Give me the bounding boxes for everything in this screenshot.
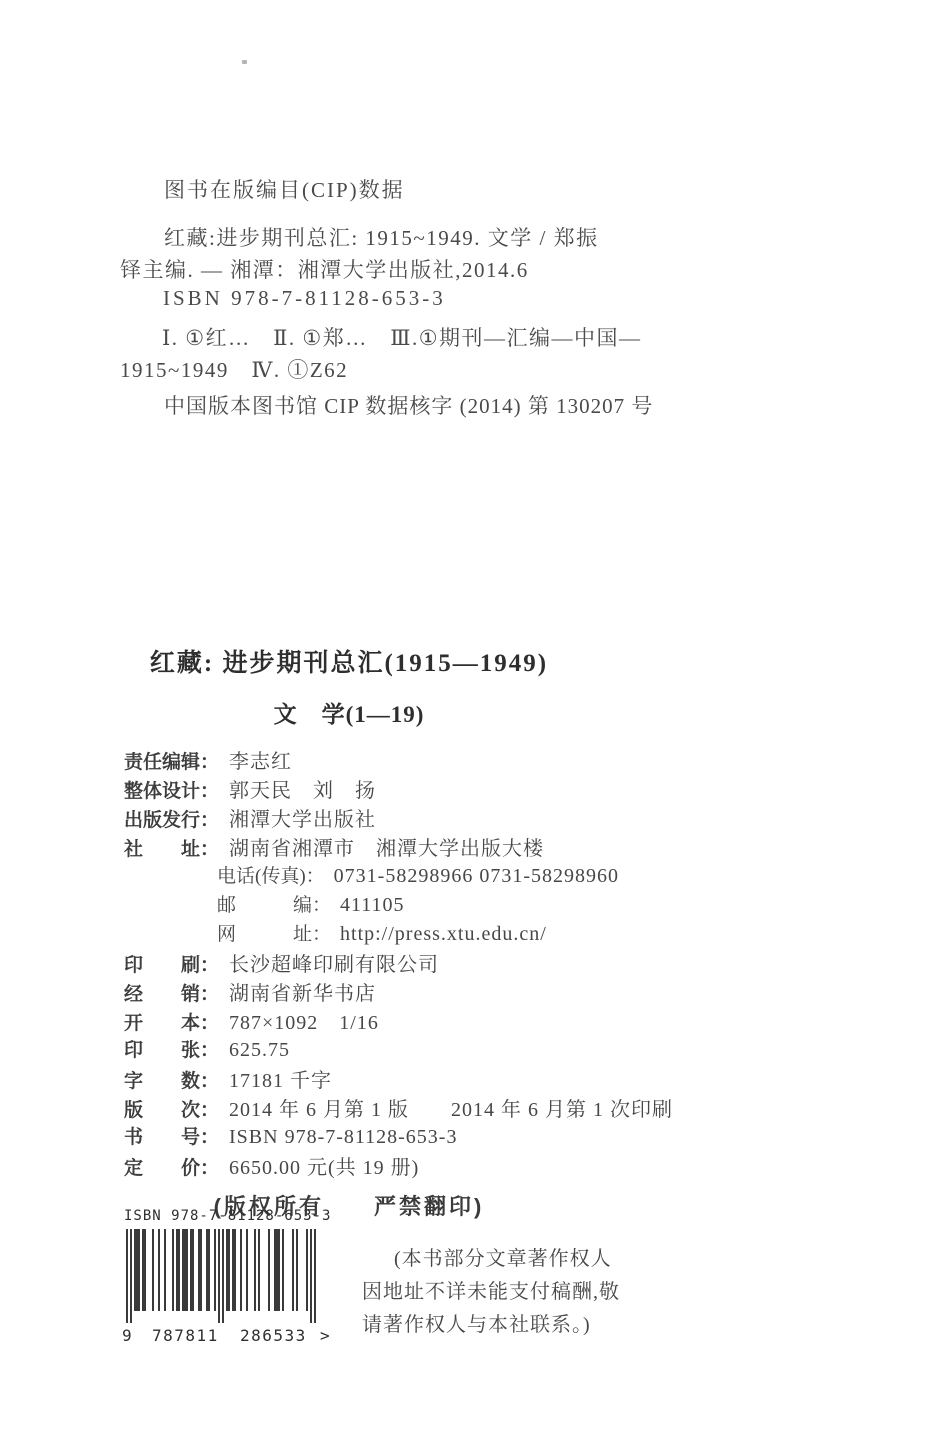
row-value: 郭天民 刘 扬	[229, 774, 376, 803]
row-label: 社 址：	[124, 834, 220, 861]
row-publisher: 出版发行： 湘潭大学出版社	[124, 803, 673, 832]
isbn-barcode: ISBN 978-7-81128-653-3 9 787811 286533 >	[122, 1208, 352, 1353]
cip-isbn-line: ISBN 978-7-81128-653-3	[163, 286, 446, 311]
row-editor: 责任编辑： 李志红	[124, 745, 673, 774]
rights-note-line: (本书部分文章著作权人	[362, 1243, 648, 1276]
row-address: 社 址： 湖南省湘潭市 湘潭大学出版大楼	[124, 832, 673, 861]
row-label: 印 刷：	[124, 950, 220, 977]
barcode-digit-group2: 286533	[240, 1326, 307, 1345]
colophon-page: 图书在版编目(CIP)数据 红藏:进步期刊总汇: 1915~1949. 文学 /…	[0, 0, 948, 1439]
row-value: 湖南省湘潭市 湘潭大学出版大楼	[229, 832, 544, 861]
cip-heading: 图书在版编目(CIP)数据	[164, 174, 405, 204]
row-label: 电话(传真)：	[217, 861, 325, 888]
row-label: 定 价：	[124, 1153, 220, 1180]
row-value: 长沙超峰印刷有限公司	[229, 948, 439, 977]
cip-entry-line1: 红藏:进步期刊总汇: 1915~1949. 文学 / 郑振	[164, 222, 599, 252]
row-value: 17181 千字	[229, 1064, 332, 1093]
row-isbn: 书 号： ISBN 978-7-81128-653-3	[124, 1122, 673, 1151]
cip-record-number: 中国版本图书馆 CIP 数据核字 (2014) 第 130207 号	[164, 390, 653, 420]
row-value: 6650.00 元(共 19 册)	[229, 1151, 419, 1180]
row-label: 经 销：	[124, 979, 220, 1006]
row-distributor: 经 销： 湖南省新华书店	[124, 977, 673, 1006]
book-subtitle: 文 学(1—19)	[106, 696, 592, 729]
scan-speck	[242, 60, 247, 64]
row-label: 开 本：	[124, 1008, 220, 1035]
row-value: 湖南省新华书店	[229, 977, 376, 1006]
title-block: 红藏: 进步期刊总汇(1915—1949) 文 学(1—19)	[106, 643, 592, 729]
row-label: 责任编辑：	[124, 747, 220, 774]
row-phone: 电话(传真)： 0731-58298966 0731-58298960	[124, 861, 673, 890]
rights-note-line: 请著作权人与本社联系。)	[362, 1309, 648, 1342]
barcode-digit-group1: 787811	[152, 1326, 219, 1345]
rights-note-line: 因地址不详未能支付稿酬,敬	[362, 1276, 648, 1309]
row-label: 邮 编：	[217, 890, 331, 917]
row-design: 整体设计： 郭天民 刘 扬	[124, 774, 673, 803]
row-value: 李志红	[229, 745, 292, 774]
barcode-isbn-text: ISBN 978-7-81128-653-3	[124, 1208, 331, 1224]
cip-classification-line2: 1915~1949 Ⅳ. ①Z62	[120, 354, 348, 384]
row-value: 0731-58298966 0731-58298960	[334, 865, 619, 888]
row-label: 整体设计：	[124, 776, 220, 803]
publication-info: 责任编辑： 李志红 整体设计： 郭天民 刘 扬 出版发行： 湘潭大学出版社 社 …	[124, 745, 673, 1180]
row-value: 湘潭大学出版社	[229, 803, 376, 832]
book-title: 红藏: 进步期刊总汇(1915—1949)	[106, 643, 592, 679]
row-label: 印 张：	[124, 1035, 220, 1062]
rights-note: (本书部分文章著作权人 因地址不详未能支付稿酬,敬 请著作权人与本社联系。)	[362, 1243, 648, 1342]
row-value: ISBN 978-7-81128-653-3	[229, 1126, 457, 1149]
row-value: 2014 年 6 月第 1 版 2014 年 6 月第 1 次印刷	[229, 1093, 673, 1122]
row-wordcount: 字 数： 17181 千字	[124, 1064, 673, 1093]
row-value: 787×1092 1/16	[229, 1006, 379, 1035]
row-value: 411105	[340, 894, 405, 917]
barcode-digit-lead: 9	[122, 1326, 133, 1345]
row-sheets: 印 张： 625.75	[124, 1035, 673, 1064]
row-label: 字 数：	[124, 1066, 220, 1093]
row-printer: 印 刷： 长沙超峰印刷有限公司	[124, 948, 673, 977]
barcode-bars	[122, 1229, 322, 1323]
row-price: 定 价： 6650.00 元(共 19 册)	[124, 1151, 673, 1180]
row-website: 网 址： http://press.xtu.edu.cn/	[124, 919, 673, 948]
row-label: 书 号：	[124, 1122, 220, 1149]
row-format: 开 本： 787×1092 1/16	[124, 1006, 673, 1035]
barcode-end-mark: >	[320, 1326, 331, 1345]
row-label: 出版发行：	[124, 805, 220, 832]
row-value: http://press.xtu.edu.cn/	[340, 923, 547, 946]
cip-entry-line2: 铎主编. — 湘潭：湘潭大学出版社,2014.6	[120, 254, 529, 284]
row-edition: 版 次： 2014 年 6 月第 1 版 2014 年 6 月第 1 次印刷	[124, 1093, 673, 1122]
row-label: 版 次：	[124, 1095, 220, 1122]
row-label: 网 址：	[217, 919, 331, 946]
row-postcode: 邮 编： 411105	[124, 890, 673, 919]
cip-classification-line1: Ⅰ. ①红… Ⅱ. ①郑… Ⅲ.①期刊—汇编—中国—	[162, 322, 642, 352]
row-value: 625.75	[229, 1039, 290, 1062]
